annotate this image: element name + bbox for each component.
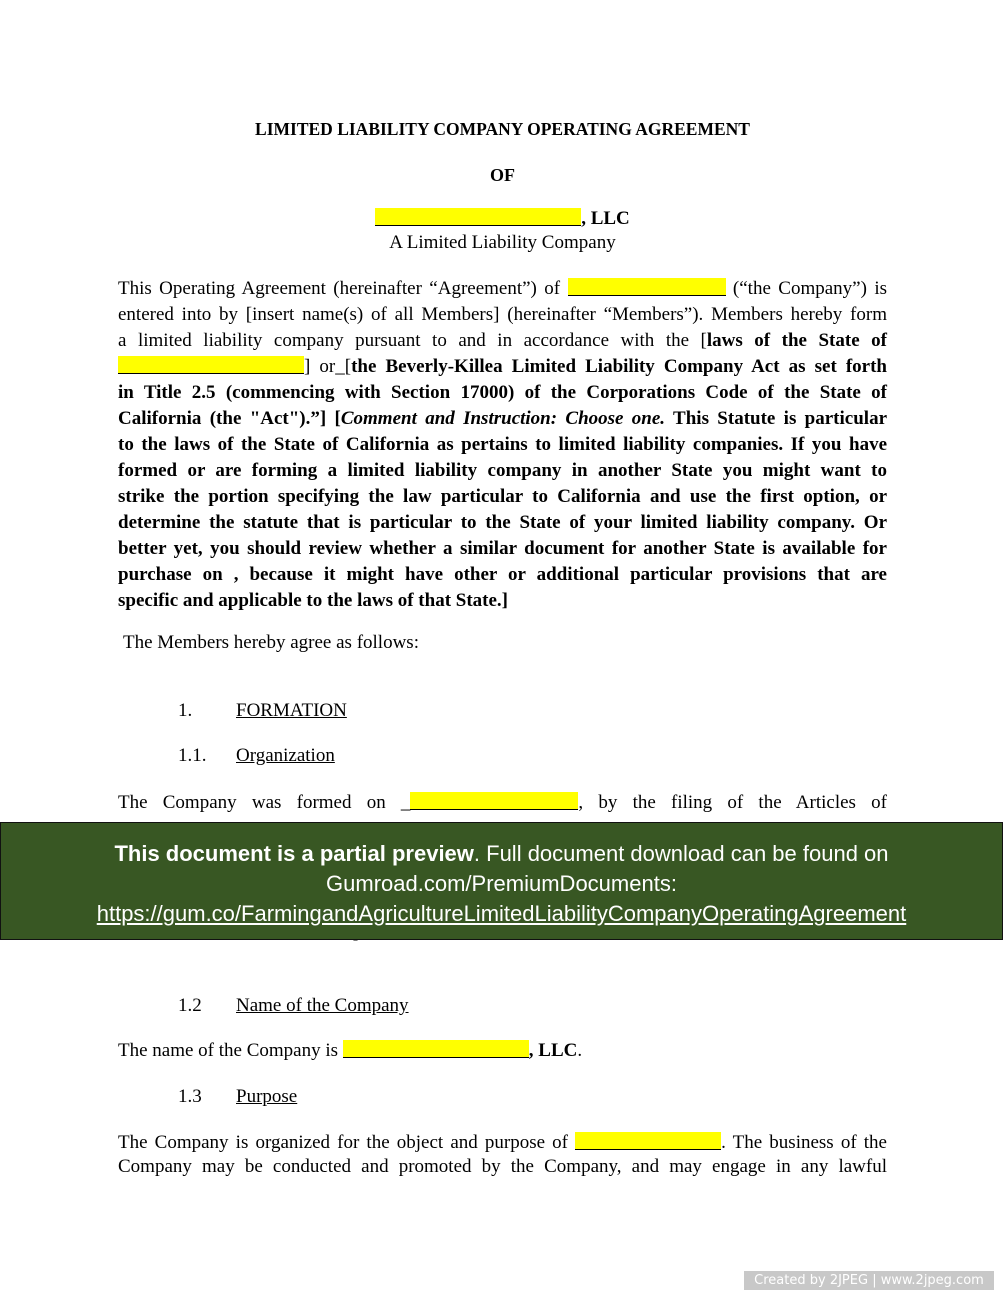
section-1-heading: 1. FORMATION [178, 700, 192, 722]
state-blank[interactable] [118, 356, 304, 374]
download-link[interactable]: https://gum.co/FarmingandAgricultureLimi… [97, 901, 907, 926]
document-of: OF [0, 165, 1005, 186]
purpose-paragraph: The Company is organized for the object … [118, 1131, 887, 1179]
company-blank[interactable] [568, 278, 726, 296]
document-page: LIMITED LIABILITY COMPANY OPERATING AGRE… [0, 0, 1005, 1301]
section-1-2-heading: 1.2 Name of the Company [178, 995, 202, 1017]
agree-text: The Members hereby agree as follows: [123, 632, 419, 654]
document-title: LIMITED LIABILITY COMPANY OPERATING AGRE… [0, 119, 1005, 140]
section-1-1-heading: 1.1. Organization [178, 745, 207, 767]
company-name-blank[interactable] [375, 208, 581, 226]
watermark: Created by 2JPEG | www.2jpeg.com [744, 1271, 994, 1290]
document-subtitle: A Limited Liability Company [0, 232, 1005, 254]
preview-banner: This document is a partial preview. Full… [0, 822, 1003, 940]
purpose-blank[interactable] [575, 1132, 721, 1150]
section-1-3-heading: 1.3 Purpose [178, 1086, 202, 1108]
name-blank[interactable] [343, 1040, 529, 1058]
company-name-line: , LLC [0, 208, 1005, 230]
intro-paragraph: This Operating Agreement (hereinafter “A… [118, 276, 887, 614]
formation-date-blank[interactable] [410, 792, 578, 810]
name-paragraph: The name of the Company is , LLC. [118, 1040, 582, 1062]
